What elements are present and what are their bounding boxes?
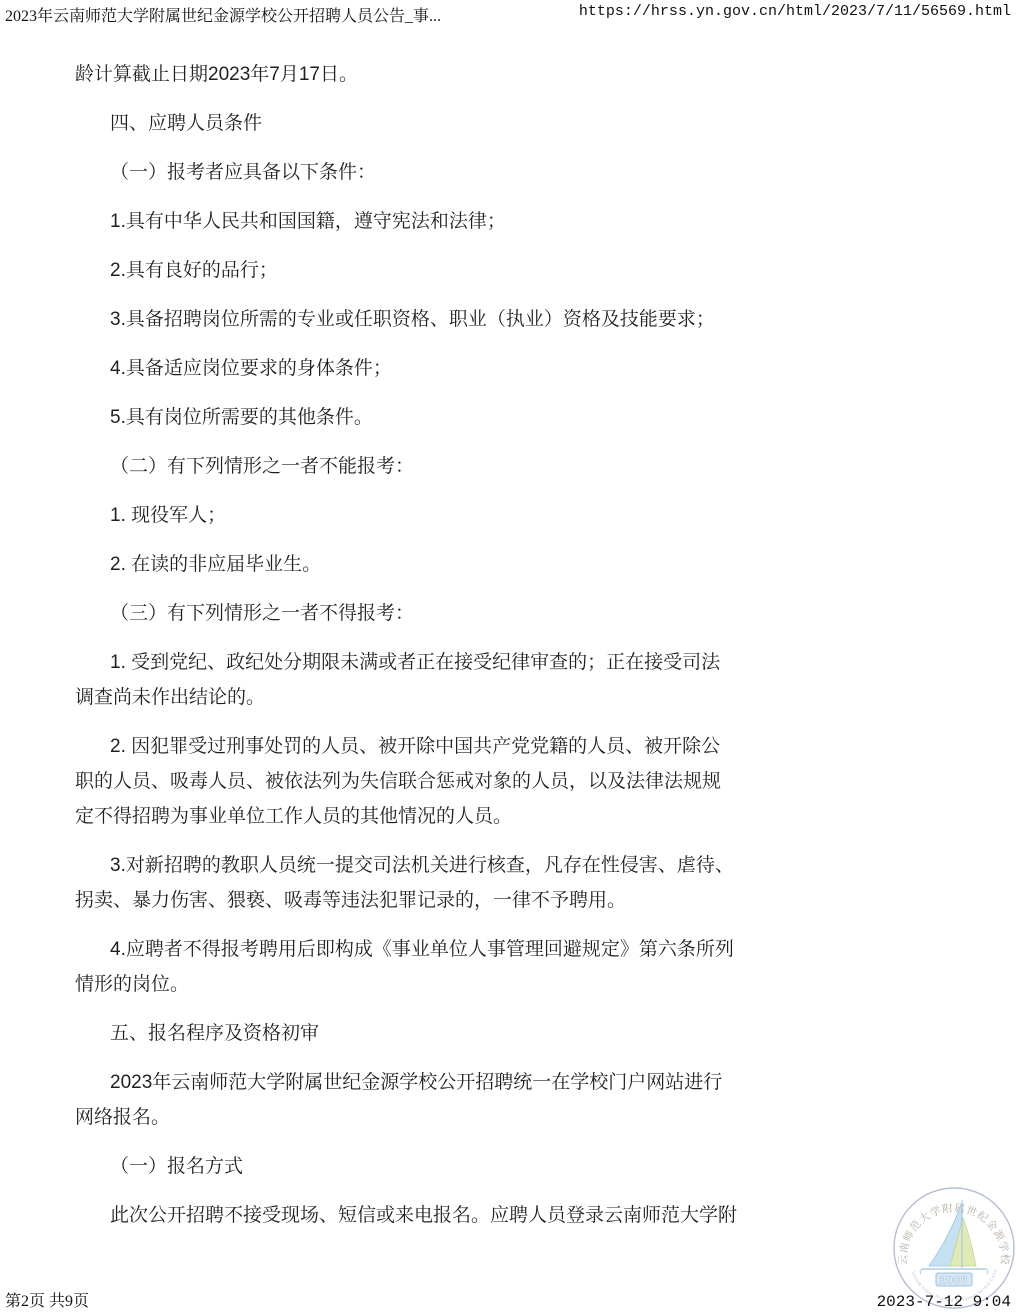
seal-year-label: 2006	[940, 1275, 968, 1287]
paragraph: 1. 现役军人；	[75, 498, 739, 533]
paragraph: 1. 受到党纪、政纪处分期限未满或者正在接受纪律审查的；正在接受司法调查尚未作出…	[75, 645, 739, 715]
print-header: 2023年云南师范大学附属世纪金源学校公开招聘人员公告_事... https:/…	[5, 3, 1011, 26]
paragraph: 2. 在读的非应届毕业生。	[75, 547, 739, 582]
paragraph: 2023年云南师范大学附属世纪金源学校公开招聘统一在学校门户网站进行网络报名。	[75, 1065, 739, 1135]
paragraph: （一）报考者应具备以下条件：	[75, 155, 739, 190]
paragraph: 5.具有岗位所需要的其他条件。	[75, 400, 739, 435]
paragraph: 2.具有良好的品行；	[75, 253, 739, 288]
paragraph: 3.对新招聘的教职人员统一提交司法机关进行核查，凡存在性侵害、虐待、拐卖、暴力伤…	[75, 848, 739, 918]
paragraph: 龄计算截止日期2023年7月17日。	[75, 57, 739, 92]
source-url: https://hrss.yn.gov.cn/html/2023/7/11/56…	[579, 3, 1011, 20]
document-body: 龄计算截止日期2023年7月17日。四、应聘人员条件（一）报考者应具备以下条件：…	[75, 57, 739, 1247]
paragraph: （三）有下列情形之一者不得报考：	[75, 596, 739, 631]
paragraph: 2. 因犯罪受过刑事处罚的人员、被开除中国共产党党籍的人员、被开除公职的人员、吸…	[75, 729, 739, 834]
print-footer: 第2页 共9页 2023-7-12 9:04	[5, 1288, 1011, 1311]
paragraph: 此次公开招聘不接受现场、短信或来电报名。应聘人员登录云南师范大学附	[75, 1198, 739, 1233]
printed-document-page: 2023年云南师范大学附属世纪金源学校公开招聘人员公告_事... https:/…	[0, 0, 1016, 1315]
paragraph: 4.具备适应岗位要求的身体条件；	[75, 351, 739, 386]
paragraph: 1.具有中华人民共和国国籍，遵守宪法和法律；	[75, 204, 739, 239]
document-title: 2023年云南师范大学附属世纪金源学校公开招聘人员公告_事...	[5, 3, 441, 26]
paragraph: 五、报名程序及资格初审	[75, 1016, 739, 1051]
paragraph: （一）报名方式	[75, 1149, 739, 1184]
paragraph: （二）有下列情形之一者不能报考：	[75, 449, 739, 484]
print-timestamp: 2023-7-12 9:04	[877, 1293, 1011, 1311]
paragraph: 3.具备招聘岗位所需的专业或任职资格、职业（执业）资格及技能要求；	[75, 302, 739, 337]
page-number-label: 第2页 共9页	[5, 1288, 89, 1311]
paragraph: 4.应聘者不得报考聘用后即构成《事业单位人事管理回避规定》第六条所列情形的岗位。	[75, 932, 739, 1002]
paragraph: 四、应聘人员条件	[75, 106, 739, 141]
